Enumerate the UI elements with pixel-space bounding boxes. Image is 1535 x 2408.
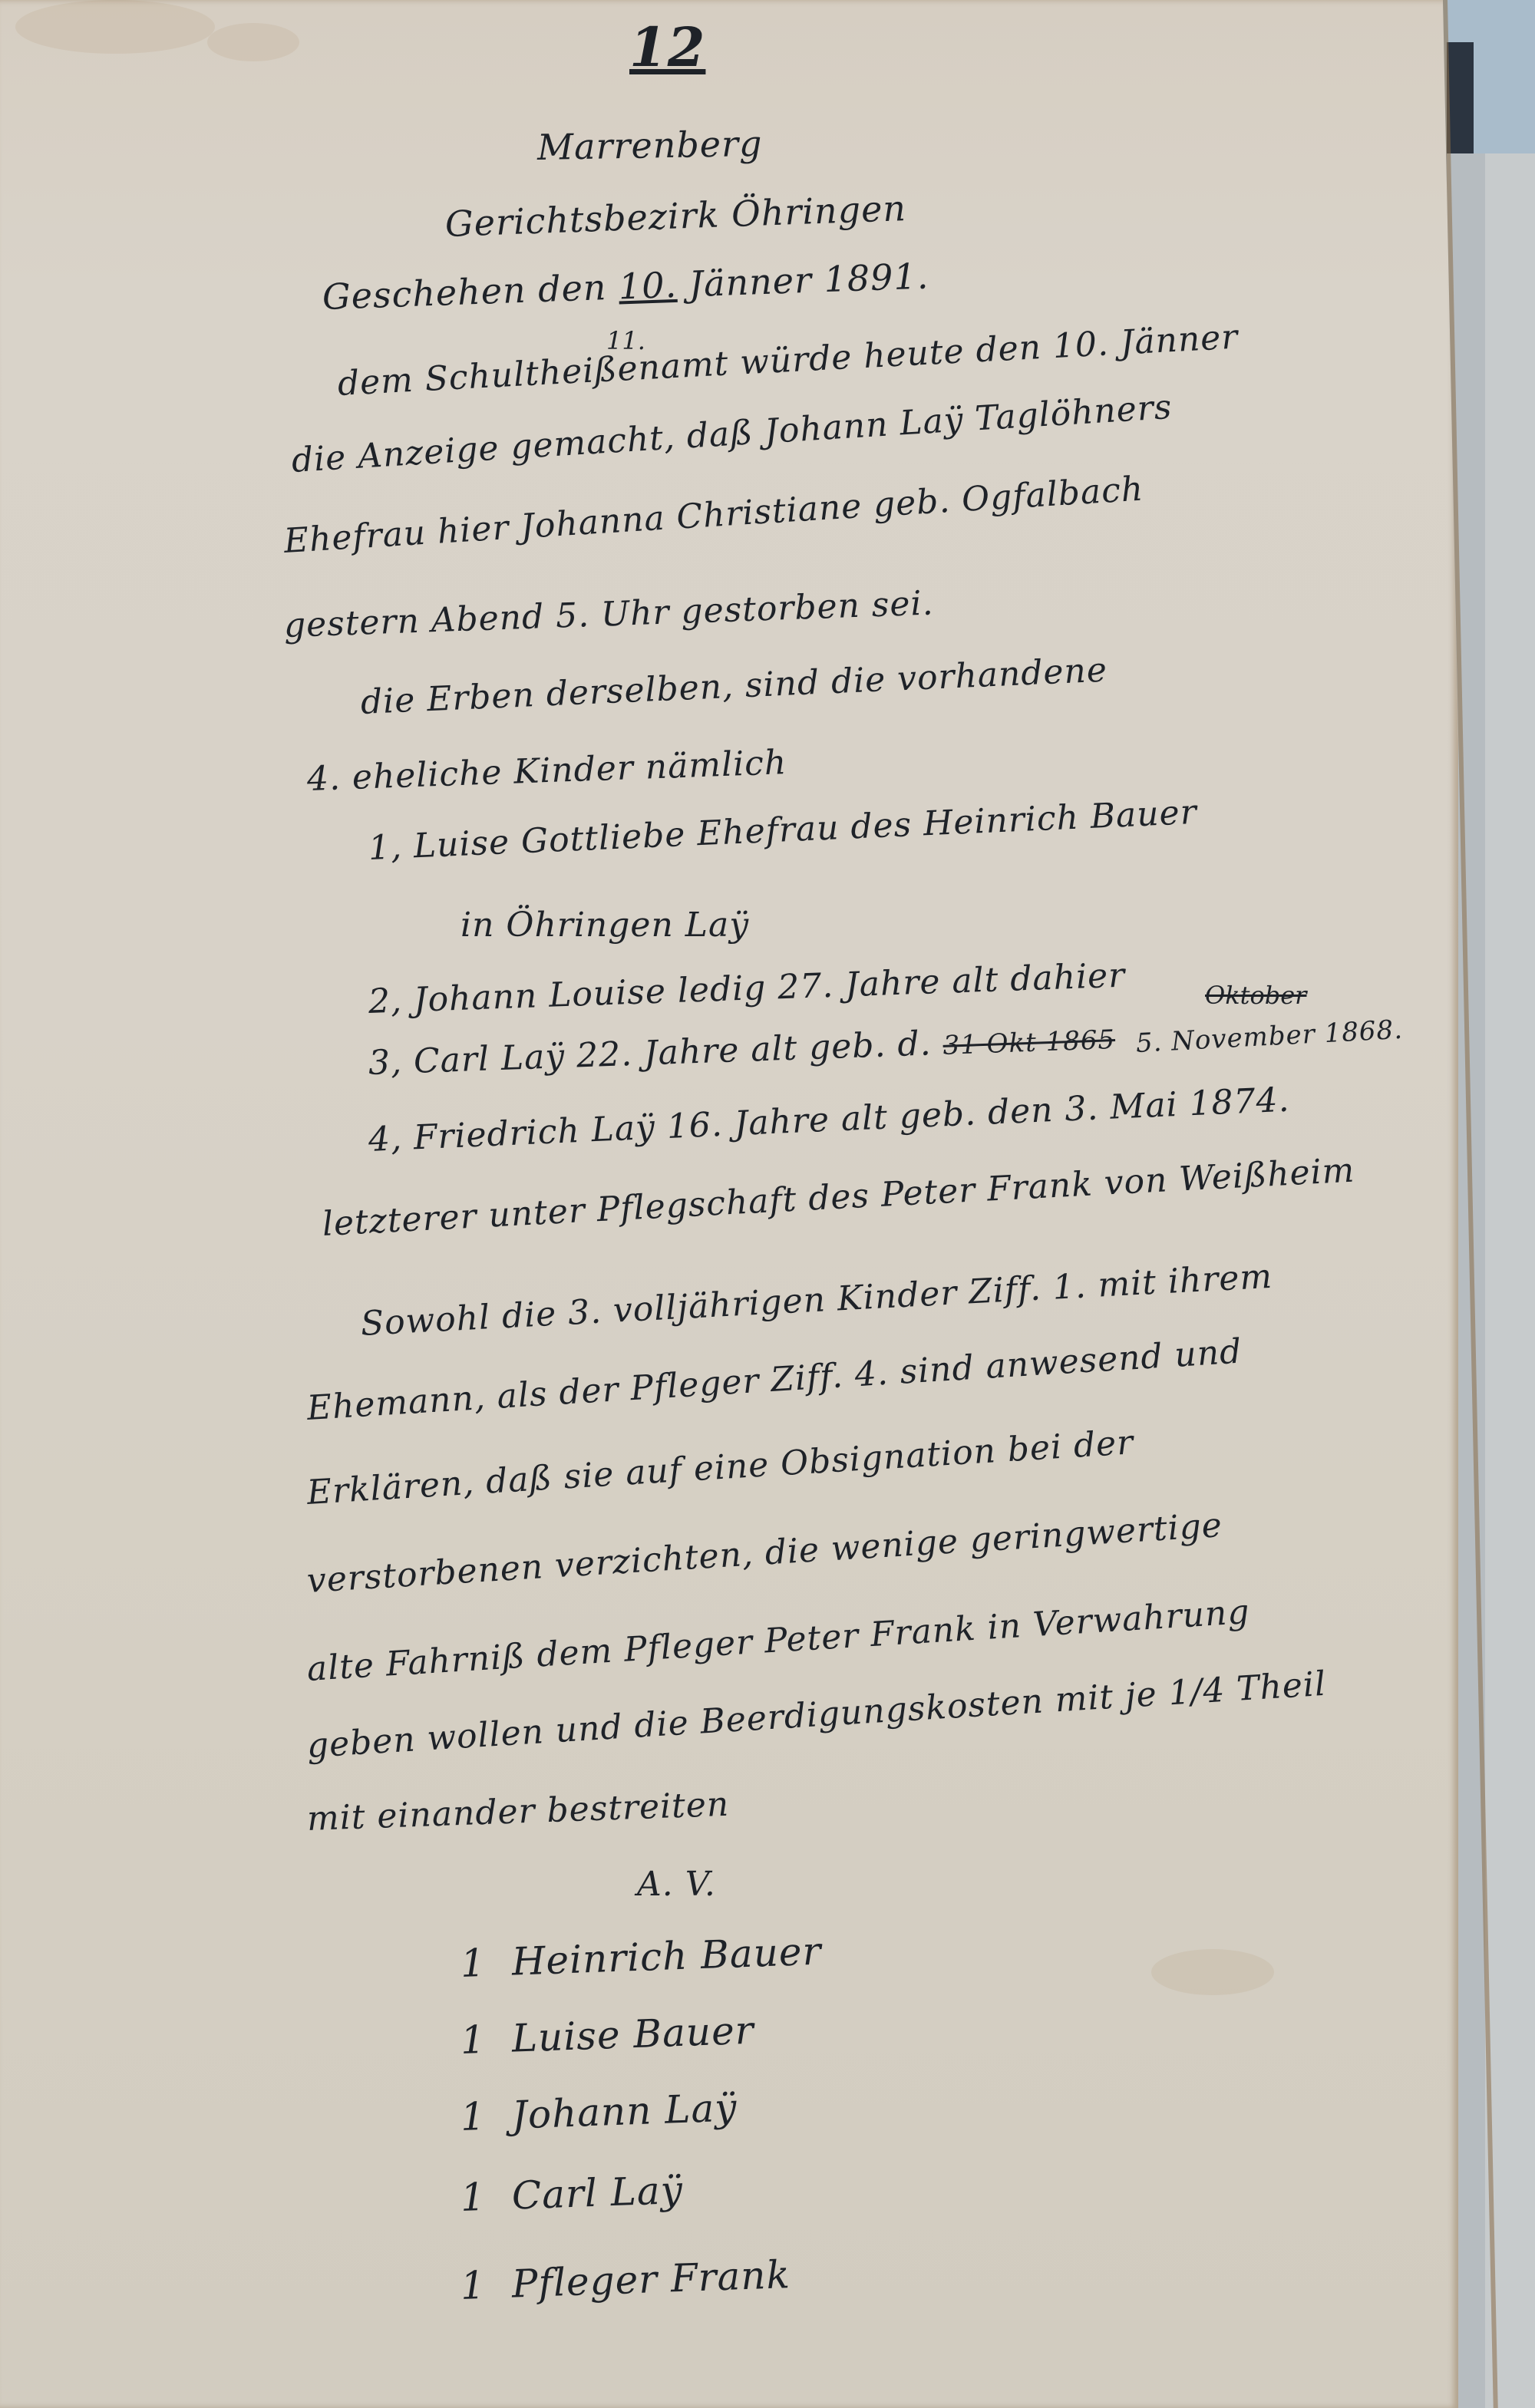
page-number: 12 (629, 15, 705, 79)
signature-row: 1 Johann Laÿ (460, 2085, 738, 2139)
signature-mark: 1 (460, 2093, 500, 2139)
signature-name: Pfleger Frank (511, 2252, 791, 2307)
body-line: dem Schultheißenamt würde heute den 10. … (337, 318, 1240, 404)
body-line: gestern Abend 5. Uhr gestorben sei. (283, 583, 934, 645)
paper-stain (207, 23, 299, 61)
closing-line: Ehemann, als der Pfleger Ziff. 4. sind a… (305, 1332, 1243, 1428)
dateline-day: 10. (618, 264, 678, 308)
closing-line: letzterer unter Pflegschaft des Peter Fr… (322, 1151, 1356, 1244)
paper-stain (1151, 1949, 1274, 1995)
heir-entry-3: 3, Carl Laÿ 22. Jahre alt geb. d. 31 Okt… (368, 1018, 1116, 1083)
heir-number: 2, (368, 981, 403, 1021)
signature-mark: 1 (460, 2262, 500, 2308)
heir-entry-2: 2, Johann Louise ledig 27. Jahre alt dah… (368, 956, 1126, 1021)
document-page: 12 Marrenberg Gerichtsbezirk Öhringen Ge… (0, 0, 1458, 2408)
book-spine (1447, 42, 1474, 157)
signature-mark: 1 (460, 2174, 500, 2220)
heir-number: 3, (368, 1042, 403, 1083)
signature-row: 1 Luise Bauer (460, 2008, 754, 2063)
heir-number: 4, (368, 1119, 403, 1159)
body-line: 4. eheliche Kinder nämlich (306, 743, 787, 799)
paper-stain (15, 0, 215, 54)
body-line: die Erben derselben, sind die vorhandene (360, 651, 1108, 722)
closing-line: verstorbenen verzichten, die wenige geri… (305, 1506, 1223, 1601)
struck-date: 31 Okt 1865 (942, 1024, 1116, 1061)
signature-name: Luise Bauer (511, 2008, 755, 2061)
closing-line: Sowohl die 3. volljährigen Kinder Ziff. … (360, 1257, 1274, 1344)
signature-mark: 1 (460, 2017, 500, 2063)
signature-name: Carl Laÿ (511, 2168, 684, 2218)
heir-3-date-correction: 5. November 1868. (1135, 1014, 1404, 1059)
dateline: Geschehen den 10. Jänner 1891. (322, 255, 929, 318)
table-surface (1485, 153, 1535, 2408)
closing-line: alte Fahrniß dem Pfleger Peter Frank in … (305, 1592, 1250, 1689)
signature-row: 1 Pfleger Frank (460, 2252, 791, 2308)
place-name: Marrenberg (537, 123, 763, 168)
signature-row: 1 Heinrich Bauer (460, 1929, 822, 1986)
signature-mark: 1 (460, 1940, 500, 1986)
dateline-month-year: Jänner 1891. (688, 255, 929, 305)
heir-entry-4: 4, Friedrich Laÿ 16. Jahre alt geb. den … (368, 1080, 1291, 1159)
closing-line: mit einander bestreiten (306, 1785, 730, 1839)
body-line: Ehefrau hier Johanna Christiane geb. Ogf… (282, 470, 1144, 561)
heir-3-insert-above: Oktober (1205, 981, 1306, 1010)
signature-name: Johann Laÿ (511, 2085, 738, 2137)
heir-entry-1: 1, Luise Gottliebe Ehefrau des Heinrich … (368, 793, 1198, 868)
closing-line: Erklären, daß sie auf eine Obsignation b… (305, 1423, 1134, 1512)
signature-name: Heinrich Bauer (511, 1929, 822, 1984)
heir-text: Friedrich Laÿ 16. Jahre alt geb. den 3. … (413, 1080, 1291, 1158)
attestation-mark: A. V. (637, 1865, 716, 1904)
signature-row: 1 Carl Laÿ (460, 2168, 684, 2220)
court-district: Gerichtsbezirk Öhringen (444, 187, 907, 245)
heir-number: 1, (368, 827, 403, 868)
heir-entry-1-continuation: in Öhringen Laÿ (460, 905, 749, 945)
heir-text: Johann Louise ledig 27. Jahre alt dahier (413, 956, 1126, 1020)
dateline-prefix: Geschehen den (322, 266, 607, 318)
heir-text: Carl Laÿ 22. Jahre alt geb. d. (413, 1024, 932, 1081)
body-line: die Anzeige gemacht, daß Johann Laÿ Tagl… (290, 388, 1173, 480)
heir-text: Luise Gottliebe Ehefrau des Heinrich Bau… (413, 793, 1198, 866)
